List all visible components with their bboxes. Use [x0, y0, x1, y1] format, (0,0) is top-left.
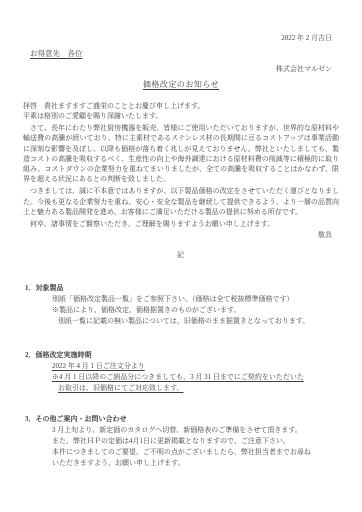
document-date: 2022 年 2 月吉日 — [0, 33, 362, 43]
greeting-line-1: 拝啓 貴社ますますご盛栄のこととお慶び申し上げます。 — [23, 101, 339, 111]
section-revision-schedule: 2．価格改定実施時期 2022 年 4 月 1 日ご注文分より ※4 月 1 日… — [25, 350, 342, 394]
section-other-information: 3．その他ご案内・お問い合わせ 3 月上旬より、新定価のカタログへ切替、新価格表… — [25, 414, 342, 469]
document-title: 価格改定のお知らせ — [0, 79, 362, 91]
section-3-line-2: また、弊社ＨＰの定価は4月1日に更新掲載となりますので、ご注意下さい。 — [25, 436, 342, 447]
recipient-text: お得意先 各位 — [30, 49, 83, 58]
section-2-effective-date: 2022 年 4 月 1 日ご注文分より — [52, 362, 145, 370]
section-3-line-4: いただきますよう、お願い申し上げます。 — [25, 458, 342, 469]
closing-word-keigu: 敬具 — [0, 230, 362, 240]
section-2-heading: 2．価格改定実施時期 — [25, 350, 342, 361]
body-paragraph-1: さて、長年にわたり弊社厨房機器を販売、皆様にご使用いただいておりますが、世界的な… — [23, 123, 339, 185]
section-1-line-2: ※製品により、価格改定、価格据置きのものがございます。 — [25, 305, 342, 316]
section-1-line-3: 別紙一覧に記載の無い製品については、旧価格のまま据置きとなっております。 — [25, 316, 342, 327]
document-title-text: 価格改定のお知らせ — [143, 80, 219, 89]
section-2-note-line-1: ※4 月 1 日以降のご納品分につきましても、3 月 31 日までにご契約をいた… — [52, 373, 304, 381]
body-paragraph-2: つきましては、誠に不本意ではありますが、以下製品価格の改定をさせていただく運びと… — [23, 186, 339, 217]
record-mark-ki: 記 — [0, 250, 362, 260]
section-3-line-1: 3 月上旬より、新定価のカタログへ切替、新価格表のご準備をさせて頂きます。 — [25, 425, 342, 436]
sender-company: 株式会社マルゼン — [0, 64, 362, 74]
notice-document-page: 2022 年 2 月吉日 お得意先 各位 株式会社マルゼン 価格改定のお知らせ … — [0, 0, 362, 512]
greeting-line-2: 平素は格別のご愛顧を賜り深謝いたします。 — [23, 111, 339, 121]
section-3-line-3: 本件につきましてのご要望、ご不明の点がございましたら、弊社担当者までお尋ね — [25, 447, 342, 458]
letter-body: 拝啓 貴社ますますご盛栄のこととお慶び申し上げます。 平素は格別のご愛顧を賜り深… — [23, 101, 339, 229]
section-3-heading: 3．その他ご案内・お問い合わせ — [25, 414, 342, 425]
section-2-line-3: お取引は、旧価格にてご対応致します。 — [25, 383, 342, 394]
section-target-products: 1．対象製品 別紙「価格改定製品一覧」をご参照下さい。（価格は全て税抜標準価格で… — [25, 283, 342, 327]
section-2-note-line-2: お取引は、旧価格にてご対応致します。 — [58, 384, 183, 392]
closing-request-line: 何卒、諸事情をご賢察いただき、ご理解を賜りますようお願い申し上げます。 — [23, 219, 339, 229]
section-2-line-1: 2022 年 4 月 1 日ご注文分より — [25, 361, 342, 372]
section-2-line-2: ※4 月 1 日以降のご納品分につきましても、3 月 31 日までにご契約をいた… — [25, 372, 342, 383]
section-1-heading: 1．対象製品 — [25, 283, 342, 294]
recipient-line: お得意先 各位 — [30, 49, 362, 59]
notice-details: 1．対象製品 別紙「価格改定製品一覧」をご参照下さい。（価格は全て税抜標準価格で… — [25, 283, 342, 469]
section-1-line-1: 別紙「価格改定製品一覧」をご参照下さい。（価格は全て税抜標準価格です） — [25, 294, 342, 305]
